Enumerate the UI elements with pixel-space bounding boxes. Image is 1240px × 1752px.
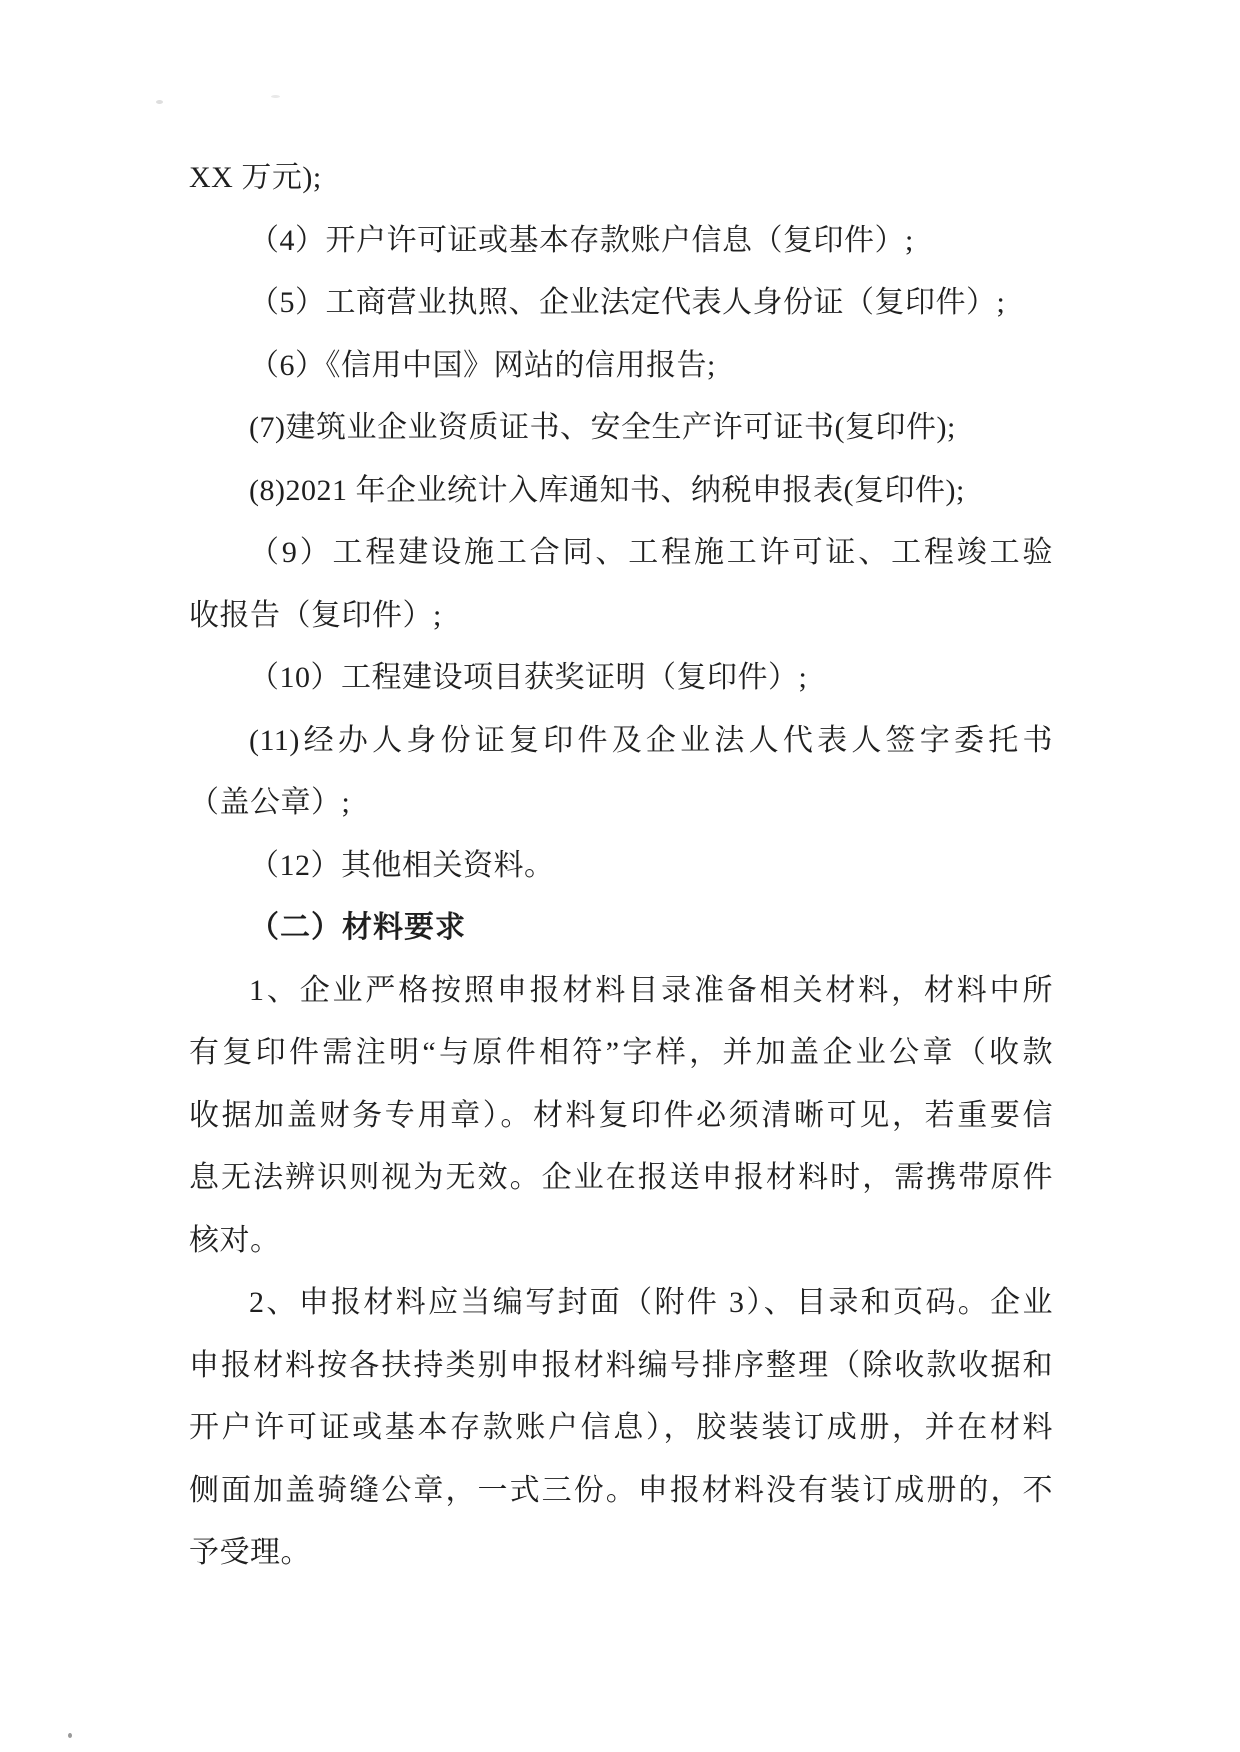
scan-speck [68, 1733, 72, 1738]
continuation-line: XX 万元); [189, 147, 1053, 210]
item-11-line-2: （盖公章）; [189, 772, 1053, 835]
document-page: XX 万元); （4）开户许可证或基本存款账户信息（复印件）; （5）工商营业执… [0, 0, 1240, 1752]
para-1-line-3: 收据加盖财务专用章）。材料复印件必须清晰可见，若重要信 [189, 1085, 1053, 1148]
para-2-line-5: 予受理。 [189, 1522, 1053, 1585]
para-1-line-4: 息无法辨识则视为无效。企业在报送申报材料时，需携带原件 [189, 1147, 1053, 1210]
item-9-line-2: 收报告（复印件）; [189, 585, 1053, 648]
section-2-heading: （二）材料要求 [189, 897, 1053, 960]
para-1-line-1: 1、企业严格按照申报材料目录准备相关材料，材料中所 [189, 960, 1053, 1023]
item-5: （5）工商营业执照、企业法定代表人身份证（复印件）; [189, 272, 1053, 335]
item-6: （6）《信用中国》网站的信用报告; [189, 335, 1053, 398]
para-2-line-4: 侧面加盖骑缝公章，一式三份。申报材料没有装订成册的，不 [189, 1460, 1053, 1523]
scan-speck [271, 95, 280, 98]
item-4: （4）开户许可证或基本存款账户信息（复印件）; [189, 210, 1053, 273]
item-11-line-1: (11)经办人身份证复印件及企业法人代表人签字委托书 [189, 710, 1053, 773]
para-1-line-5: 核对。 [189, 1210, 1053, 1273]
item-8: (8)2021 年企业统计入库通知书、纳税申报表(复印件); [189, 460, 1053, 523]
scan-speck [156, 100, 163, 104]
item-7: (7)建筑业企业资质证书、安全生产许可证书(复印件); [189, 397, 1053, 460]
para-1-line-2: 有复印件需注明“与原件相符”字样，并加盖企业公章（收款 [189, 1022, 1053, 1085]
para-2-line-2: 申报材料按各扶持类别申报材料编号排序整理（除收款收据和 [189, 1335, 1053, 1398]
item-9-line-1: （9）工程建设施工合同、工程施工许可证、工程竣工验 [189, 522, 1053, 585]
item-12: （12）其他相关资料。 [189, 835, 1053, 898]
para-2-line-3: 开户许可证或基本存款账户信息），胶装装订成册，并在材料 [189, 1397, 1053, 1460]
para-2-line-1: 2、申报材料应当编写封面（附件 3）、目录和页码。企业 [189, 1272, 1053, 1335]
document-text-block: XX 万元); （4）开户许可证或基本存款账户信息（复印件）; （5）工商营业执… [189, 147, 1053, 1585]
item-10: （10）工程建设项目获奖证明（复印件）; [189, 647, 1053, 710]
